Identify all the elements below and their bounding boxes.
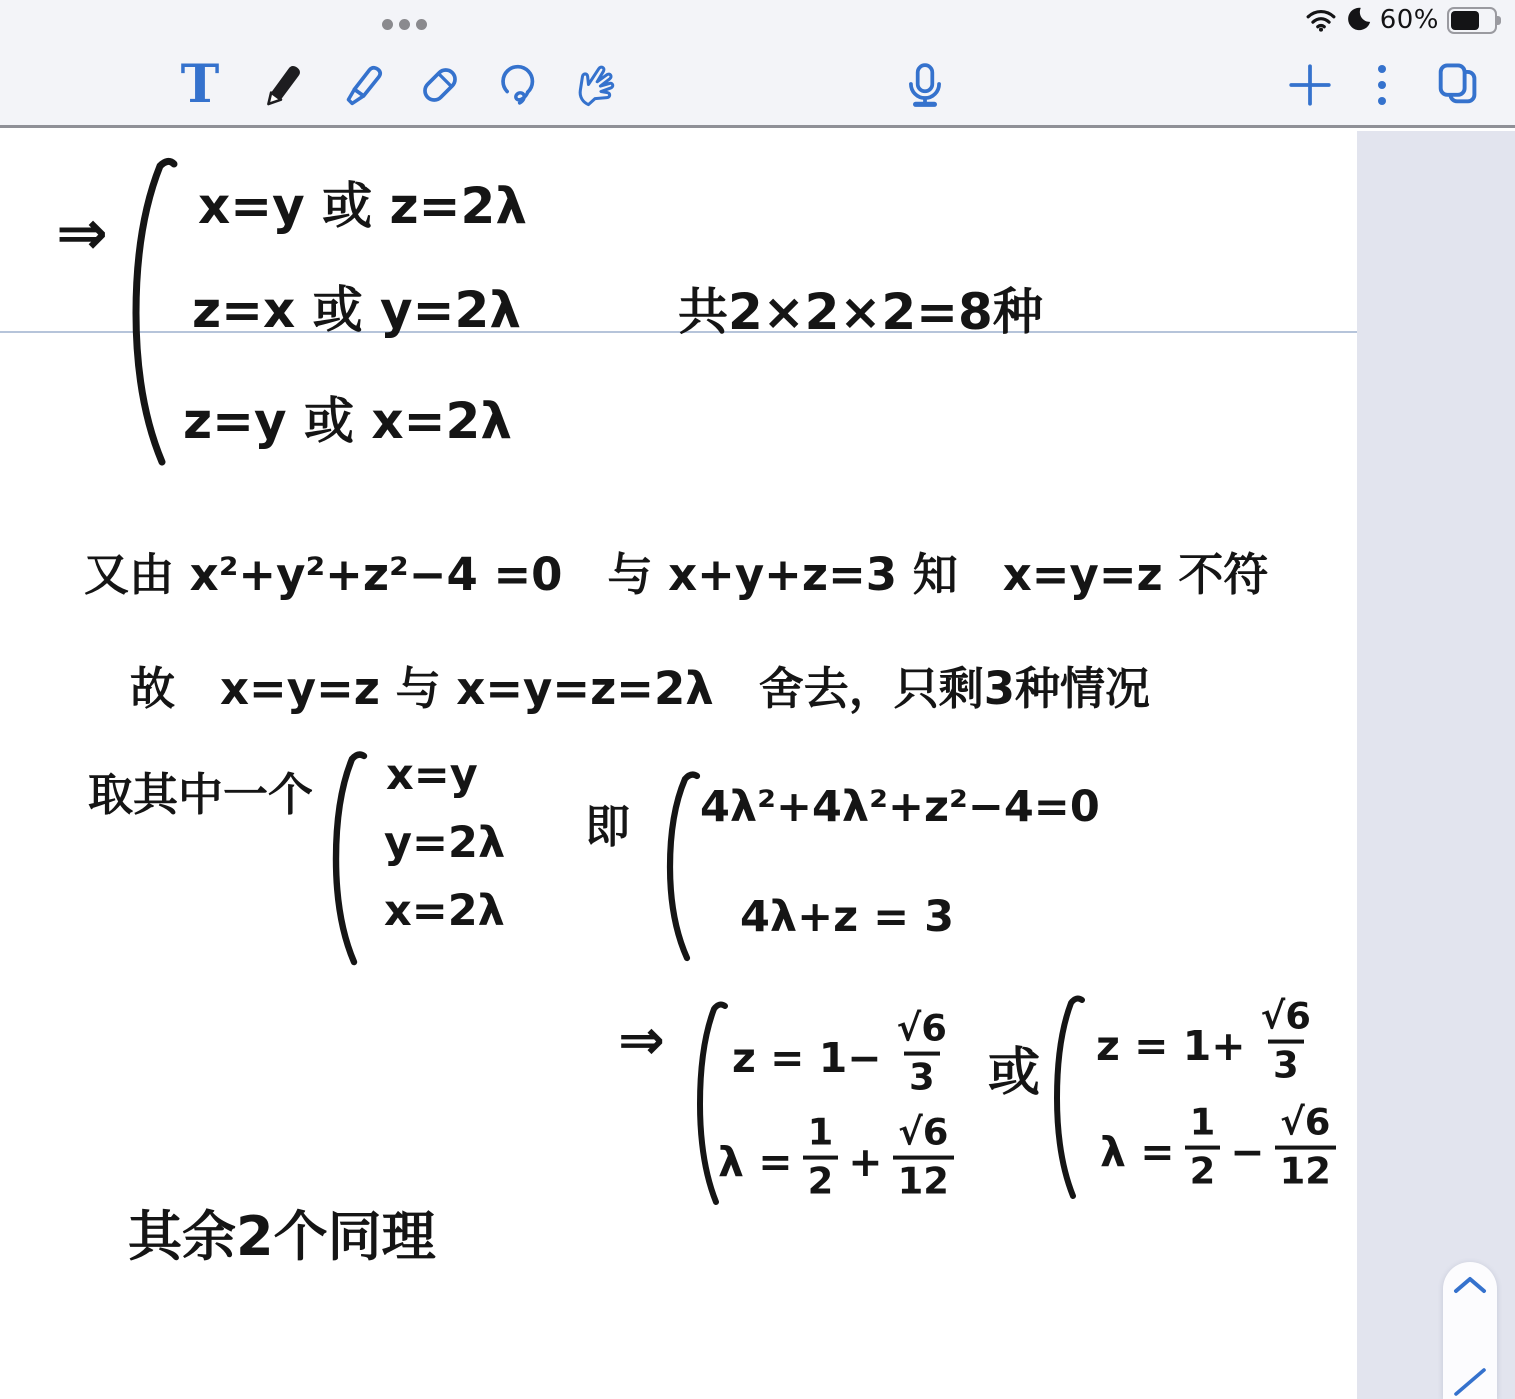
implies-arrow: ⇒ bbox=[56, 196, 108, 269]
chevron-up-icon[interactable] bbox=[1450, 1274, 1490, 1296]
final-remark: 其余2个同理 bbox=[128, 1194, 436, 1271]
solution-a-line-2: λ = 1 2 + √6 12 bbox=[718, 1118, 954, 1206]
left-brace bbox=[130, 156, 180, 470]
solution-b-line-2: λ = 1 2 − √6 12 bbox=[1100, 1108, 1336, 1196]
toolbar: 60% T bbox=[0, 0, 1515, 128]
highlighter-tool-button[interactable] bbox=[337, 60, 387, 110]
derivation-line-1: 又由 x²+y²+z²−4 =0 与 x+y+z=3 知 x=y=z 不符 bbox=[84, 538, 1268, 603]
diagonal-expand-icon[interactable] bbox=[1450, 1365, 1490, 1397]
sub-line-1: 4λ²+4λ²+z²−4=0 bbox=[700, 782, 1100, 832]
pick-line-1: x=y bbox=[386, 750, 478, 800]
implies-arrow: ⇒ bbox=[618, 1008, 665, 1073]
derivation-line-2: 故 x=y=z 与 x=y=z=2λ 舍去，只剩3种情况 bbox=[130, 652, 1150, 717]
pen-icon bbox=[257, 60, 307, 110]
fraction: √6 3 bbox=[892, 1010, 952, 1098]
multitask-handle[interactable] bbox=[382, 19, 427, 30]
notes-app-screen: 60% T bbox=[0, 0, 1515, 1399]
pointing-hand-icon bbox=[570, 60, 620, 110]
battery-percent-label: 60% bbox=[1380, 5, 1439, 35]
battery-nub bbox=[1497, 16, 1501, 25]
plus-icon bbox=[1286, 61, 1334, 109]
side-strip bbox=[1357, 131, 1515, 1399]
pages-icon bbox=[1432, 60, 1482, 110]
more-options-button[interactable] bbox=[1360, 60, 1404, 110]
left-brace bbox=[330, 750, 370, 968]
microphone-button[interactable] bbox=[900, 60, 950, 110]
pointer-tool-button[interactable] bbox=[570, 60, 620, 110]
battery-icon bbox=[1447, 7, 1497, 34]
handle-dot bbox=[382, 19, 393, 30]
text-tool-button[interactable]: T bbox=[175, 60, 225, 110]
pick-line-2: y=2λ bbox=[384, 818, 505, 868]
eraser-tool-button[interactable] bbox=[415, 60, 465, 110]
kebab-menu-icon bbox=[1360, 61, 1404, 109]
fraction: 1 2 bbox=[1185, 1104, 1221, 1192]
equation-text: λ = bbox=[1100, 1128, 1175, 1176]
handle-dot bbox=[416, 19, 427, 30]
case-line-2: z=x 或 y=2λ bbox=[192, 270, 521, 342]
lasso-tool-button[interactable] bbox=[493, 60, 543, 110]
pick-one-label: 取其中一个 bbox=[88, 758, 313, 823]
left-brace bbox=[665, 770, 703, 964]
microphone-icon bbox=[901, 60, 949, 110]
handle-dot bbox=[399, 19, 410, 30]
wifi-icon bbox=[1306, 8, 1336, 32]
battery-fill bbox=[1451, 11, 1479, 30]
solution-a-line-1: z = 1− √6 3 bbox=[732, 1014, 952, 1102]
operator: − bbox=[1230, 1128, 1264, 1176]
pick-line-3: x=2λ bbox=[384, 886, 505, 936]
left-brace bbox=[1052, 994, 1088, 1202]
status-bar: 60% bbox=[1306, 5, 1497, 35]
fraction: √6 3 bbox=[1256, 998, 1316, 1086]
lasso-icon bbox=[493, 60, 543, 110]
do-not-disturb-moon-icon bbox=[1344, 6, 1372, 34]
ie-label: 即 bbox=[585, 790, 630, 855]
case-line-1: x=y 或 z=2λ bbox=[198, 166, 527, 238]
highlighter-icon bbox=[337, 60, 387, 110]
fraction: √6 12 bbox=[1275, 1104, 1336, 1192]
pages-overview-button[interactable] bbox=[1432, 60, 1482, 110]
solution-b-line-1: z = 1+ √6 3 bbox=[1096, 1002, 1316, 1090]
add-page-button[interactable] bbox=[1285, 60, 1335, 110]
text-icon: T bbox=[181, 59, 220, 111]
sub-line-2: 4λ+z = 3 bbox=[740, 892, 954, 942]
combination-count: 共2×2×2=8种 bbox=[678, 272, 1043, 344]
scroll-pill[interactable] bbox=[1443, 1262, 1497, 1399]
fraction: 1 2 bbox=[803, 1114, 839, 1202]
equation-text: z = 1+ bbox=[1096, 1022, 1246, 1070]
fraction: √6 12 bbox=[893, 1114, 954, 1202]
eraser-icon bbox=[415, 60, 465, 110]
pen-tool-button[interactable] bbox=[257, 60, 307, 110]
operator: + bbox=[848, 1138, 882, 1186]
equation-text: z = 1− bbox=[732, 1034, 882, 1082]
equation-text: λ = bbox=[718, 1138, 793, 1186]
or-label: 或 bbox=[988, 1030, 1040, 1105]
case-line-3: z=y 或 x=2λ bbox=[183, 381, 512, 453]
